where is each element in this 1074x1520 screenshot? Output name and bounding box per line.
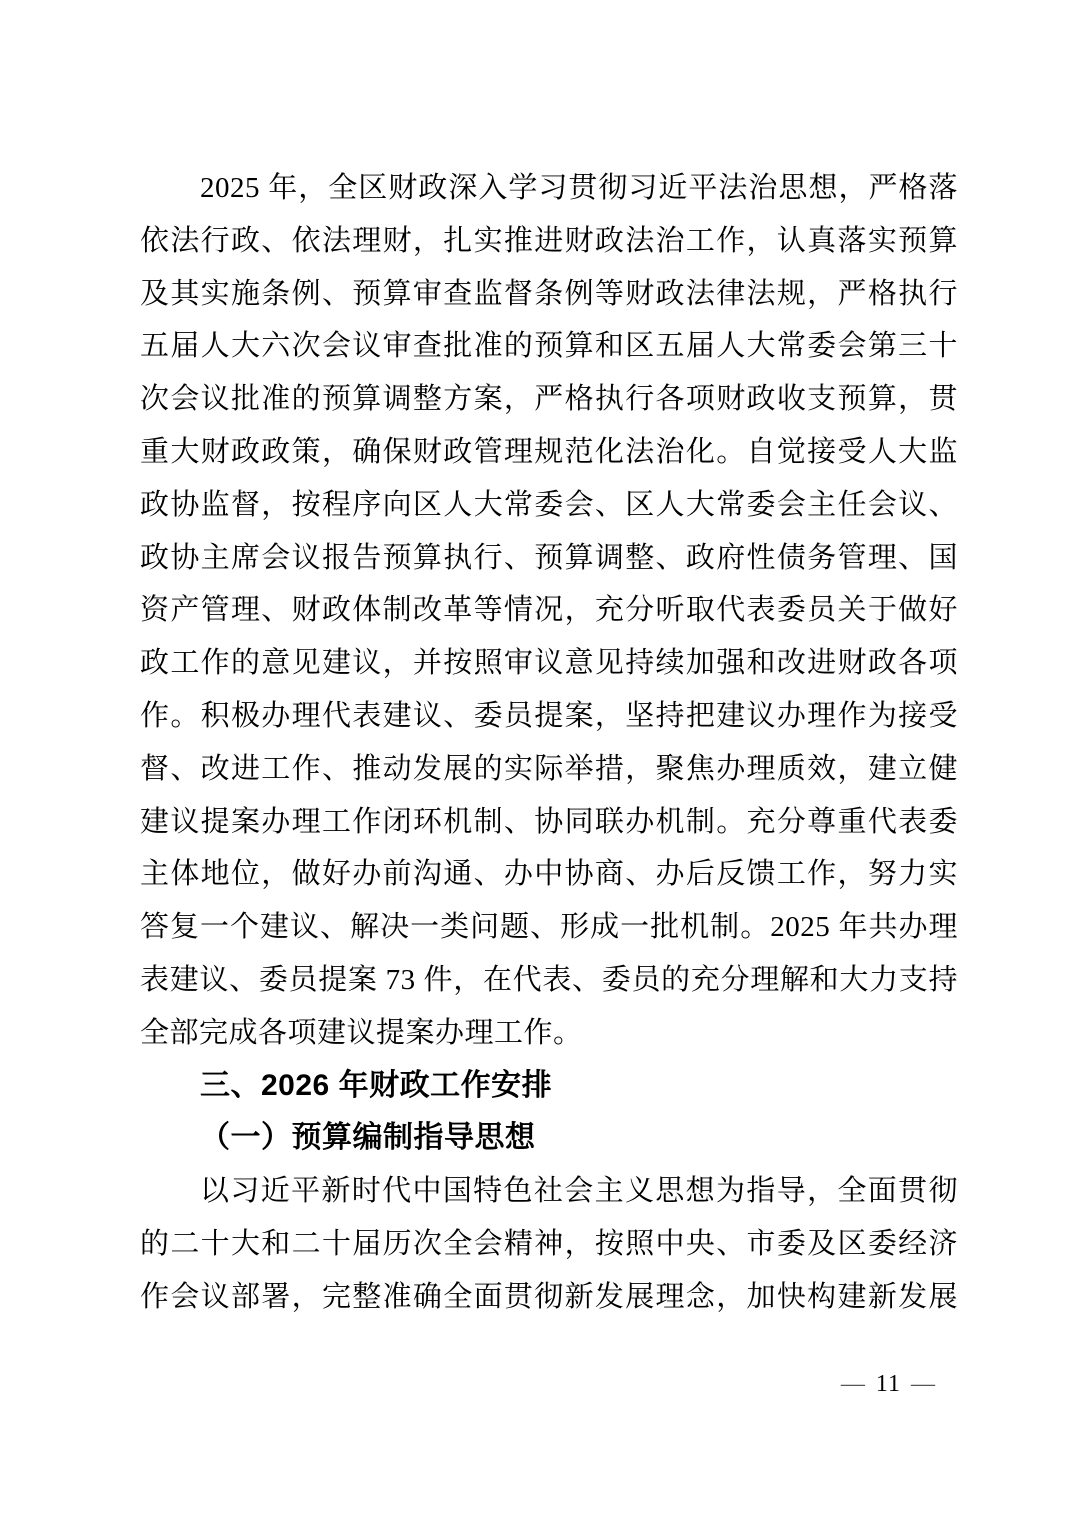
paragraph-line: 表建议、委员提案 73 件，在代表、委员的充分理解和大力支持下， xyxy=(140,954,958,1007)
paragraph-line: 次会议批准的预算调整方案，严格执行各项财政收支预算，贯彻 xyxy=(140,373,958,426)
paragraph-line: 建议提案办理工作闭环机制、协同联办机制。充分尊重代表委员 xyxy=(140,796,958,849)
body-text: 2025 年，全区财政深入学习贯彻习近平法治思想，严格落实 依法行政、依法理财，… xyxy=(140,162,958,1324)
paragraph-line: 资产管理、财政体制改革等情况，充分听取代表委员关于做好财 xyxy=(140,584,958,637)
paragraph-line: 重大财政政策，确保财政管理规范化法治化。自觉接受人大监督、 xyxy=(140,426,958,479)
paragraph-line: 五届人大六次会议审查批准的预算和区五届人大常委会第三十八 xyxy=(140,320,958,373)
paragraph-line: 作会议部署，完整准确全面贯彻新发展理念，加快构建新发展格 xyxy=(140,1271,958,1324)
paragraph-line: 2025 年，全区财政深入学习贯彻习近平法治思想，严格落实 xyxy=(140,162,958,215)
section-heading: 三、2026 年财政工作安排 xyxy=(140,1060,958,1113)
page-footer: —11— xyxy=(831,1368,946,1400)
document-page: 2025 年，全区财政深入学习贯彻习近平法治思想，严格落实 依法行政、依法理财，… xyxy=(0,0,1074,1520)
footer-dash-left: — xyxy=(841,1371,866,1397)
paragraph-line: 依法行政、依法理财，扎实推进财政法治工作，认真落实预算法 xyxy=(140,215,958,268)
paragraph-line: 的二十大和二十届历次全会精神，按照中央、市委及区委经济工 xyxy=(140,1218,958,1271)
paragraph-line: 政协主席会议报告预算执行、预算调整、政府性债务管理、国有 xyxy=(140,532,958,585)
paragraph-line: 政协监督，按程序向区人大常委会、区人大常委会主任会议、区 xyxy=(140,479,958,532)
paragraph-line: 政工作的意见建议，并按照审议意见持续加强和改进财政各项工 xyxy=(140,637,958,690)
paragraph-line: 答复一个建议、解决一类问题、形成一批机制。2025 年共办理代 xyxy=(140,901,958,954)
paragraph-line: 及其实施条例、预算审查监督条例等财政法律法规，严格执行区 xyxy=(140,268,958,321)
paragraph-line: 全部完成各项建议提案办理工作。 xyxy=(140,1007,958,1060)
paragraph-line: 作。积极办理代表建议、委员提案，坚持把建议办理作为接受监 xyxy=(140,690,958,743)
paragraph-line: 主体地位，做好办前沟通、办中协商、办后反馈工作，努力实现 xyxy=(140,848,958,901)
footer-dash-right: — xyxy=(911,1371,936,1397)
paragraph-line: 以习近平新时代中国特色社会主义思想为指导，全面贯彻党 xyxy=(140,1165,958,1218)
page-number: 11 xyxy=(876,1371,901,1397)
subsection-heading: （一）预算编制指导思想 xyxy=(140,1112,958,1165)
paragraph-line: 督、改进工作、推动发展的实际举措，聚焦办理质效，建立健全 xyxy=(140,743,958,796)
